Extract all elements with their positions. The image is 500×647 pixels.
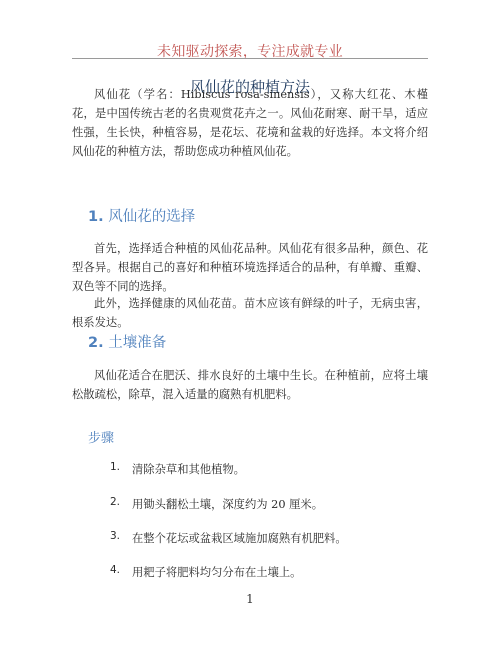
header-divider: [72, 58, 428, 59]
section-1-paragraph-2: 此外，选择健康的风仙花苗。苗木应该有鲜绿的叶子，无病虫害，根系发达。: [72, 294, 428, 332]
step-item-3: 3. 在整个花坛或盆栽区域施加腐熟有机肥料。: [110, 530, 347, 546]
section-2-heading: 2. 土壤准备: [88, 331, 166, 352]
section-1-heading: 1. 风仙花的选择: [88, 205, 195, 226]
step-number: 3.: [110, 530, 132, 546]
step-number: 1.: [110, 461, 132, 477]
section-1-title: 风仙花的选择: [108, 209, 195, 225]
steps-heading: 步骤: [88, 427, 114, 446]
section-1-paragraph-1: 首先，选择适合种植的风仙花品种。风仙花有很多品种，颜色、花型各异。根据自己的喜好…: [72, 239, 428, 296]
step-number: 4.: [110, 564, 132, 580]
step-item-2: 2. 用锄头翻松土壤，深度约为 20 厘米。: [110, 496, 323, 512]
intro-paragraph: 风仙花（学名：Hibiscus rosa-sinensis），又称大红花、木槿花…: [72, 85, 428, 161]
step-text: 清除杂草和其他植物。: [132, 461, 245, 477]
step-item-1: 1. 清除杂草和其他植物。: [110, 461, 245, 477]
step-text: 用锄头翻松土壤，深度约为 20 厘米。: [132, 496, 323, 512]
step-text: 在整个花坛或盆栽区域施加腐熟有机肥料。: [132, 530, 347, 546]
section-2-paragraph-1: 风仙花适合在肥沃、排水良好的土壤中生长。在种植前，应将土壤松散疏松，除草，混入适…: [72, 366, 428, 404]
section-1-number: 1.: [88, 209, 104, 225]
section-2-title: 土壤准备: [108, 335, 166, 351]
step-item-4: 4. 用耙子将肥料均匀分布在土壤上。: [110, 564, 301, 580]
step-number: 2.: [110, 496, 132, 512]
page-number: 1: [0, 592, 500, 606]
step-text: 用耙子将肥料均匀分布在土壤上。: [132, 564, 301, 580]
document-page: 未知驱动探索，专注成就专业 风仙花的种植方法 风仙花（学名：Hibiscus r…: [0, 0, 500, 647]
section-2-number: 2.: [88, 335, 104, 351]
